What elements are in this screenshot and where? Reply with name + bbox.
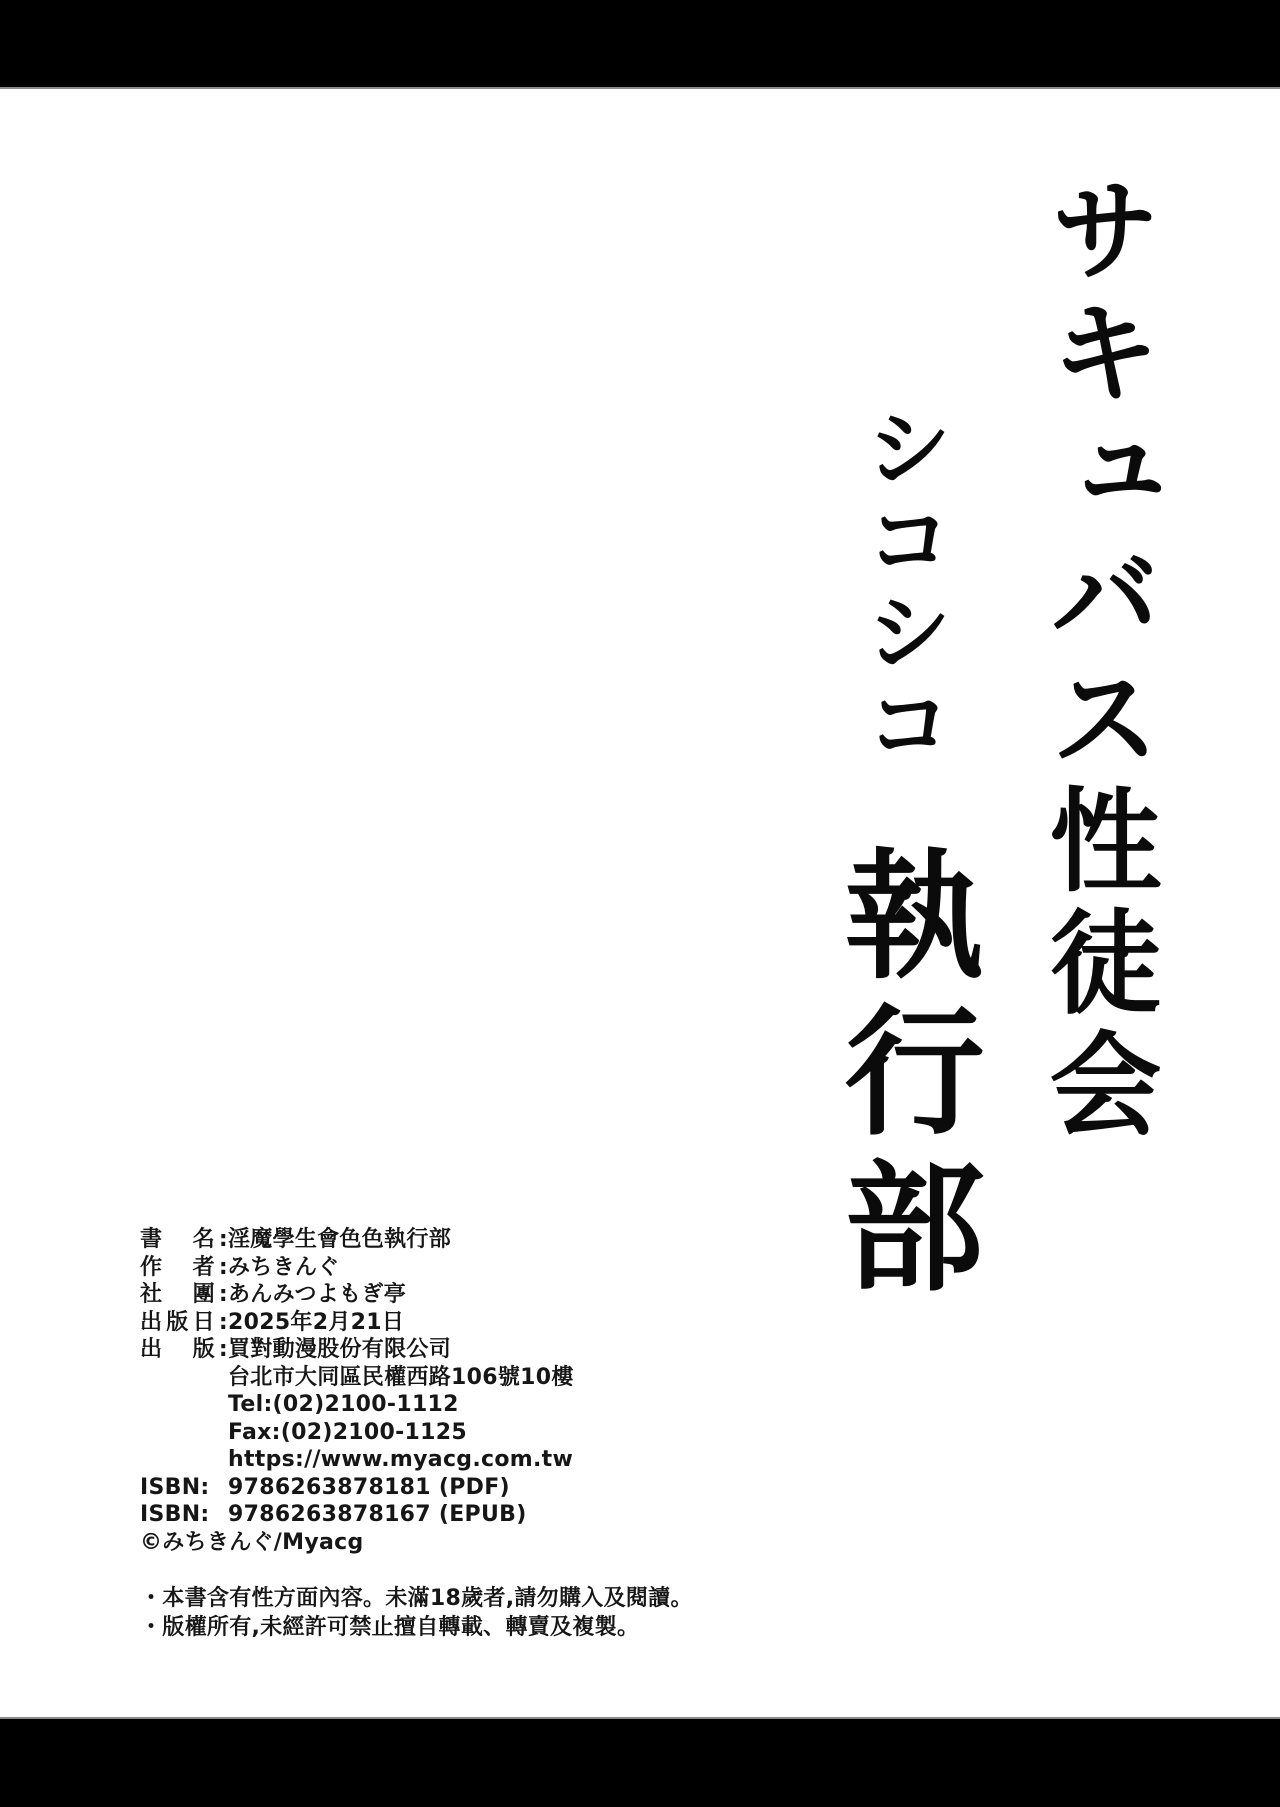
colophon-value: Tel:(02)2100-1112 [228, 1392, 459, 1417]
colophon-line-publisher: 出 版:買對動漫股份有限公司 [140, 1336, 693, 1364]
colophon-line-fax: Fax:(02)2100-1125 [140, 1419, 693, 1447]
notice-line-age-restriction: ・本書含有性方面內容。未滿18歲者,請勿購入及閱讀。 [140, 1584, 693, 1613]
colophon-line-tel: Tel:(02)2100-1112 [140, 1391, 693, 1419]
colophon-value: 9786263878181 (PDF) [228, 1475, 510, 1500]
bottom-black-bar [0, 1717, 1280, 1807]
colophon-line-book-title: 書 名:淫魔學生會色色執行部 [140, 1226, 693, 1254]
vertical-title-column-left: シコシコ執行部 [832, 402, 972, 1310]
colophon-value: Fax:(02)2100-1125 [228, 1420, 467, 1445]
colophon-line-publish-date: 出版日:2025年2月21日 [140, 1309, 693, 1337]
colophon-value: 買對動漫股份有限公司 [228, 1337, 451, 1362]
colophon-line-author: 作 者:みちきんぐ [140, 1254, 693, 1282]
colophon-label: ISBN: [140, 1501, 228, 1529]
colophon-line-isbn-pdf: ISBN:9786263878181 (PDF) [140, 1474, 693, 1502]
colophon-value: 淫魔學生會色色執行部 [228, 1227, 451, 1252]
colophon-value: みちきんぐ [228, 1255, 340, 1280]
top-black-bar [0, 0, 1280, 89]
colophon-line-website: https://www.myacg.com.tw [140, 1446, 693, 1474]
notice-line-copyright-warning: ・版權所有,未經許可禁止擅自轉載、轉賣及複製。 [140, 1613, 693, 1642]
copyright-line: ©みちきんぐ/Myacg [140, 1529, 693, 1557]
title-text-left-suffix: 執行部 [821, 842, 984, 1310]
colophon-value: あんみつよもぎ亭 [228, 1282, 406, 1307]
colophon-label: 出版日: [140, 1309, 228, 1337]
colophon-label: 書 名: [140, 1226, 228, 1254]
colophon-label: ISBN: [140, 1474, 228, 1502]
colophon-value: https://www.myacg.com.tw [228, 1447, 573, 1472]
colophon-label: 社 團: [140, 1281, 228, 1309]
notices-block: ・本書含有性方面內容。未滿18歲者,請勿購入及閱讀。 ・版權所有,未經許可禁止擅… [140, 1584, 693, 1642]
colophon-value: 9786263878167 (EPUB) [228, 1502, 527, 1527]
colophon-label: 出 版: [140, 1336, 228, 1364]
colophon-line-address: 台北市大同區民權西路106號10樓 [140, 1364, 693, 1392]
colophon-value: 台北市大同區民權西路106號10樓 [228, 1365, 574, 1390]
colophon-value: 2025年2月21日 [228, 1310, 404, 1335]
vertical-title-column-right: サキュバス性徒会 [1040, 172, 1152, 1148]
colophon-block: 書 名:淫魔學生會色色執行部 作 者:みちきんぐ 社 團:あんみつよもぎ亭 出版… [140, 1226, 693, 1642]
colophon-line-circle: 社 團:あんみつよもぎ亭 [140, 1281, 693, 1309]
colophon-label: 作 者: [140, 1254, 228, 1282]
title-text-right: サキュバス性徒会 [1031, 172, 1161, 1148]
colophon-line-isbn-epub: ISBN:9786263878167 (EPUB) [140, 1501, 693, 1529]
title-text-left-prefix: シコシコ [851, 402, 954, 770]
